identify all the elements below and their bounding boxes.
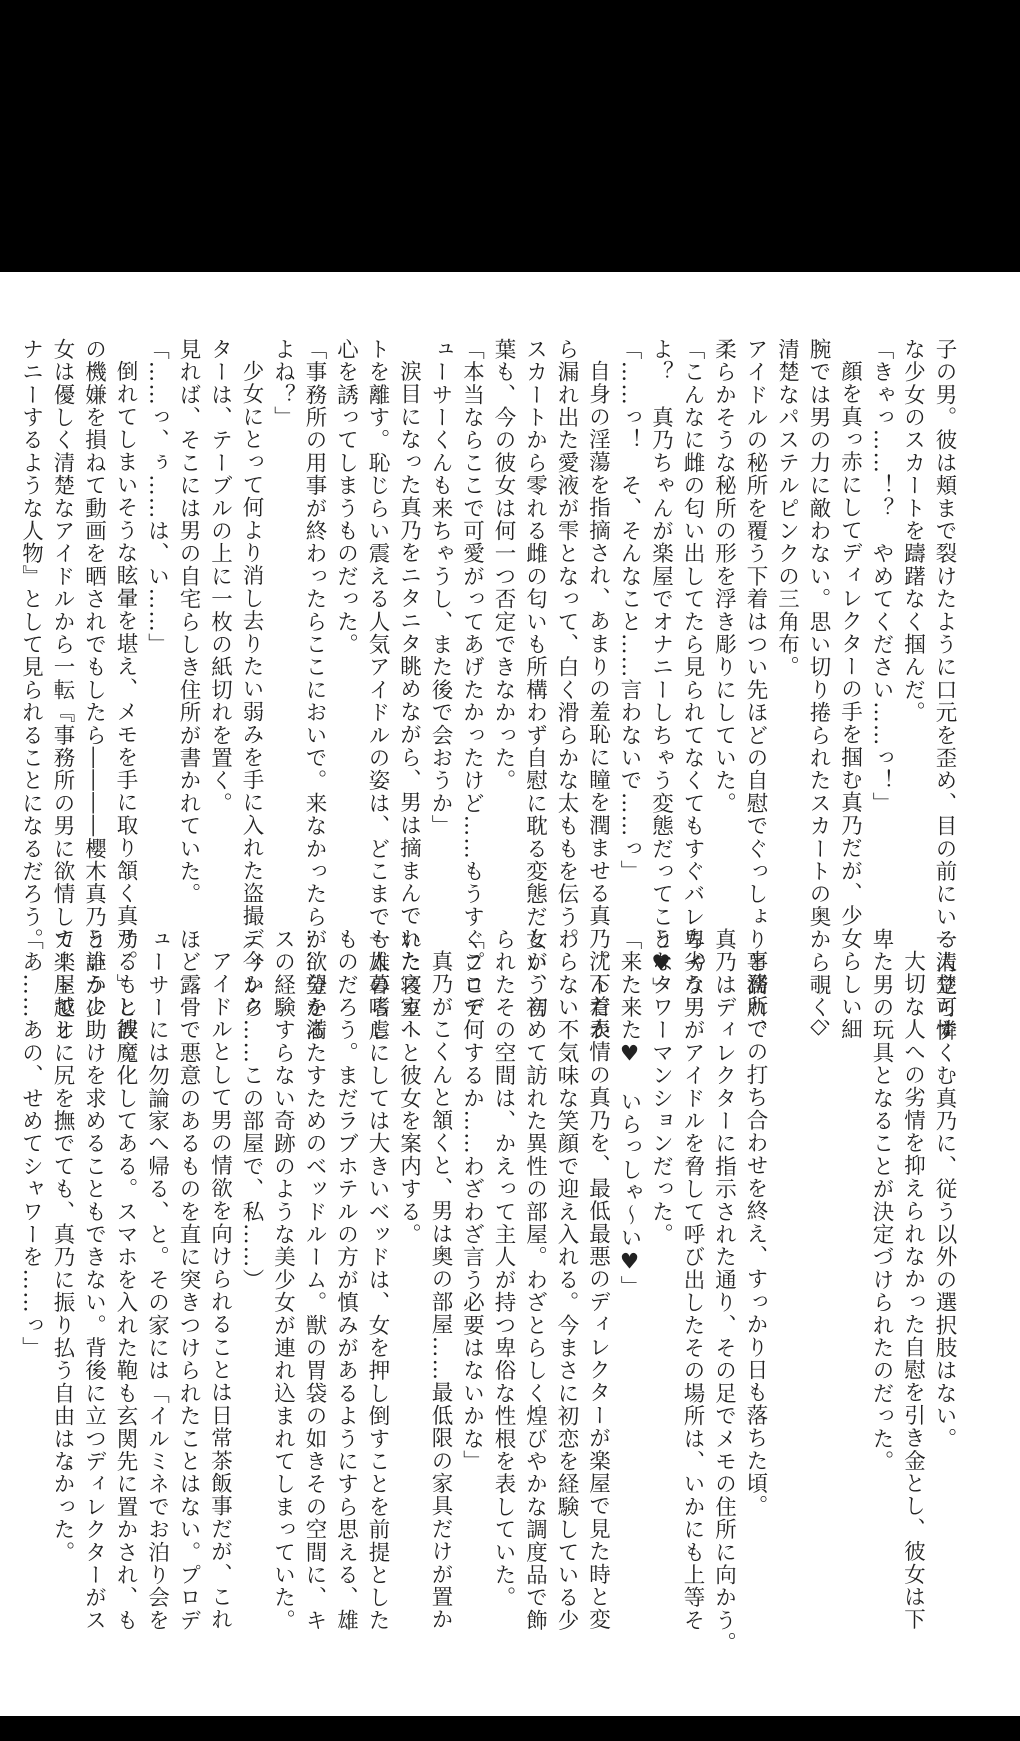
text-line: ほど露骨で悪意のあるものを直に突きつけられたことはない。プロデ xyxy=(173,928,205,1448)
text-line: 清楚なパステルピンクの三角布。 xyxy=(771,338,803,898)
text-line xyxy=(834,928,866,1448)
text-line: 「……っ！ そ、そんなこと……言わないで……っ」 xyxy=(614,338,646,898)
text-line xyxy=(771,928,803,1448)
text-line: うなタワーマンションだった。 xyxy=(645,928,677,1448)
text-line: 一人暮らしにしては大きいベッドは、女を押し倒すことを前提とした xyxy=(362,928,394,1448)
text-line: 涙目になった真乃をニタニタ眺めながら、男は摘まんでいたスカー xyxy=(393,338,425,898)
text-line: ナニーするような人物』として見られることになるだろう。 xyxy=(15,338,47,898)
text-line: 「来た来た♥ いらっしゃ～い♥」 xyxy=(614,928,646,1448)
text-line: よね？」 xyxy=(267,338,299,898)
text-line: 子の男。彼は頬まで裂けたように口元を歪め、目の前にいる清楚可憐 xyxy=(929,338,961,898)
text-line: 「きゃっ……！？ やめてください……っ！」 xyxy=(866,338,898,898)
text-line: 見れば、そこには男の自宅らしき住所が書かれていた。 xyxy=(173,338,205,898)
text-line: わらない不気味な笑顔で迎え入れる。今まさに初恋を経験している少 xyxy=(551,928,583,1448)
text-line: 事務所での打ち合わせを終え、すっかり日も落ちた頃。 xyxy=(740,928,772,1448)
text-line: 心を誘ってしまうものだった。 xyxy=(330,338,362,898)
text-line: トを離す。恥じらい震える人気アイドルの姿は、どこまでも雄の嗜虐 xyxy=(362,338,394,898)
section-break-diamond: ◇ xyxy=(803,928,835,1448)
text-line: 卑た男の玩具となることが決定づけられたのだった。 xyxy=(866,928,898,1448)
text-line: れた寝室へと彼女を案内する。 xyxy=(393,928,425,1448)
text-line: 倒れてしまいそうな眩暈を堪え、メモを手に取り頷く真乃。もし彼 xyxy=(110,338,142,898)
text-line: 「……っ、ぅ……は、い……」 xyxy=(141,338,173,898)
text-line: られたその空間は、かえって主人が持つ卑俗な性根を表していた。 xyxy=(488,928,520,1448)
text-line: 沈んだ表情の真乃を、最低最悪のディレクターが楽屋で見た時と変 xyxy=(582,928,614,1448)
text-line: スカートから零れる雌の匂いも所構わず自慰に耽る変態だという言 xyxy=(519,338,551,898)
text-line: う誰かに助けを求めることもできない。背後に立つディレクターがス xyxy=(78,928,110,1448)
text-line: 真乃がこくんと頷くと、男は奥の部屋……最低限の家具だけが置か xyxy=(425,928,457,1448)
text-line: 「あ……あの、せめてシャワーを……っ」 xyxy=(15,928,47,1448)
text-line: 葉も、今の彼女は何一つ否定できなかった。 xyxy=(488,338,520,898)
text-block-top: 子の男。彼は頬まで裂けたように口元を歪め、目の前にいる清楚可憐な少女のスカートを… xyxy=(15,338,960,898)
page-number: 5 xyxy=(66,1458,73,1474)
text-line: な少女のスカートを躊躇なく掴んだ。 xyxy=(897,338,929,898)
text-line: 少女にとって何より消し去りたい弱みを手に入れた盗撮ディレク xyxy=(236,338,268,898)
text-line: が欲望を満たすためのベッドルーム。獣の胃袋の如きその空間に、キ xyxy=(299,928,331,1448)
text-line: ら漏れ出た愛液が雫となって、白く滑らかな太ももを伝う。 xyxy=(551,338,583,898)
text-line: 女が、初めて訪れた異性の部屋。わざとらしく煌びやかな調度品で飾 xyxy=(519,928,551,1448)
text-line: 「事務所の用事が終わったらここにおいで。来なかったら……分かる xyxy=(299,338,331,898)
text-line: 「ここで何するか……わざわざ言う必要はないかな」 xyxy=(456,928,488,1448)
text-line: カート越しに尻を撫でても、真乃に振り払う自由はなかった。 xyxy=(47,928,79,1448)
text-line: よ？ 真乃ちゃんが楽屋でオナニーしちゃう変態だってこと♥」 xyxy=(645,338,677,898)
text-line: 柔らかそうな秘所の形を浮き彫りにしていた。 xyxy=(708,338,740,898)
text-line: アイドルの秘所を覆う下着はつい先ほどの自慰でぐっしょりと濡れ、 xyxy=(740,338,772,898)
text-line: 自身の淫蕩を指摘され、あまりの羞恥に瞳を潤ませる真乃。下着か xyxy=(582,338,614,898)
text-line: 大切な人への劣情を抑えられなかった自慰を引き金とし、彼女は下 xyxy=(897,928,929,1448)
text-line: の機嫌を損ねて動画を晒されでもしたら――――櫻木真乃という少 xyxy=(78,338,110,898)
text-line: 女は優しく清楚なアイドルから一転『事務所の男に欲情して楽屋でオ xyxy=(47,338,79,898)
bottom-letterbox xyxy=(0,1716,1020,1741)
text-line: 卑劣な男がアイドルを脅して呼び出したその場所は、いかにも上等そ xyxy=(677,928,709,1448)
text-line: スの経験すらない奇跡のような美少女が連れ込まれてしまっていた。 xyxy=(267,928,299,1448)
text-block-bottom: 一人立ちすくむ真乃に、従う以外の選択肢はない。大切な人への劣情を抑えられなかった… xyxy=(15,928,960,1448)
text-line: ものだろう。まだラブホテルの方が慎みがあるようにすら思える、雄 xyxy=(330,928,362,1448)
text-line: 腕では男の力に敵わない。思い切り捲られたスカートの奥から覗く、 xyxy=(803,338,835,898)
text-line: ューサーくんも来ちゃうし、また後で会おうか」 xyxy=(425,338,457,898)
text-line: （今から……この部屋で、私……） xyxy=(236,928,268,1448)
text-line: 一人立ちすくむ真乃に、従う以外の選択肢はない。 xyxy=(929,928,961,1448)
text-line: アイドルとして男の情欲を向けられることは日常茶飯事だが、これ xyxy=(204,928,236,1448)
text-line: 真乃はディレクターに指示された通り、その足でメモの住所に向かう。 xyxy=(708,928,740,1448)
text-line: 「こんなに雌の匂い出してたら見られてなくてもすぐバレちゃう xyxy=(677,338,709,898)
text-line: する」と誤魔化してある。スマホを入れた鞄も玄関先に置かされ、も xyxy=(110,928,142,1448)
text-line: 顔を真っ赤にしてディレクターの手を掴む真乃だが、少女らしい細 xyxy=(834,338,866,898)
text-line: ューサーには勿論家へ帰る、と。その家には「イルミネでお泊り会を xyxy=(141,928,173,1448)
text-line: ターは、テーブルの上に一枚の紙切れを置く。 xyxy=(204,338,236,898)
book-page: 子の男。彼は頬まで裂けたように口元を歪め、目の前にいる清楚可憐な少女のスカートを… xyxy=(0,272,1020,1716)
text-line: 「本当ならここで可愛がってあげたかったけど……もうすぐプロデ xyxy=(456,338,488,898)
